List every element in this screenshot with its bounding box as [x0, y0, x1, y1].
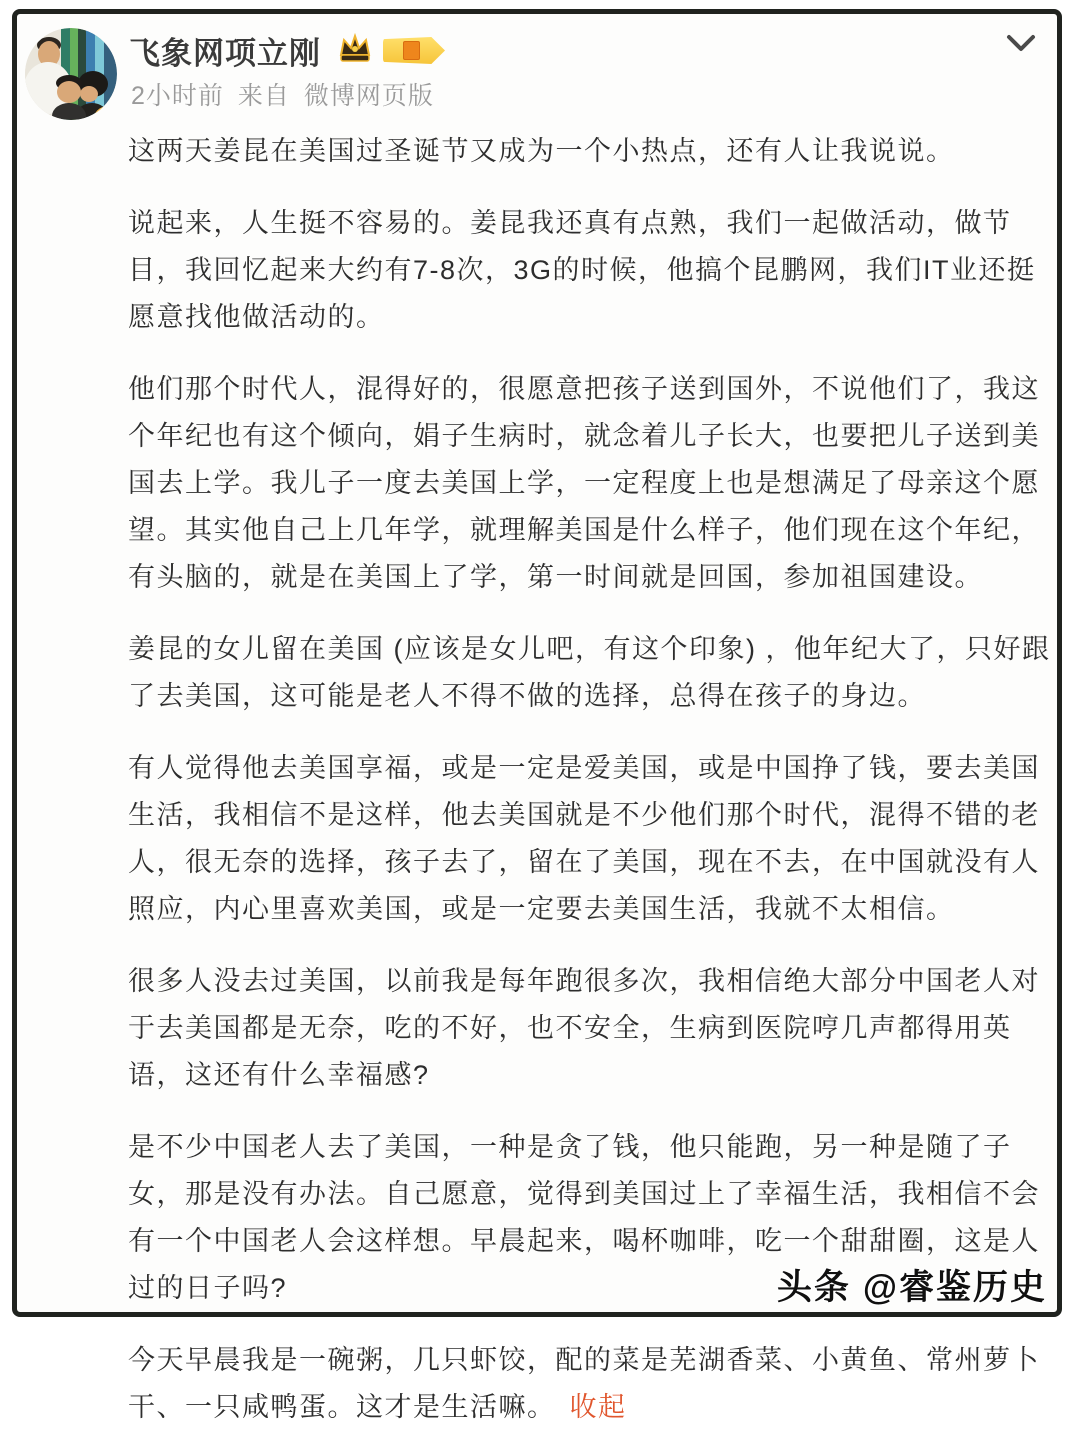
post-meta: 2小时前 来自 微博网页版	[131, 76, 434, 112]
timestamp: 2小时前	[131, 76, 224, 112]
post-paragraph: 有人觉得他去美国享福，或是一定是爱美国，或是中国挣了钱，要去美国生活，我相信不是…	[128, 745, 1052, 933]
watermark-handle: @睿鉴历史	[863, 1260, 1047, 1310]
vip-level-square	[403, 41, 420, 60]
source-prefix: 来自	[238, 76, 290, 112]
post-paragraph: 姜昆的女儿留在美国 (应该是女儿吧，有这个印象) ，他年纪大了，只好跟了去美国，…	[128, 626, 1052, 720]
post-paragraph: 这两天姜昆在美国过圣诞节又成为一个小热点，还有人让我说说。	[128, 128, 1052, 175]
watermark: 头条 @睿鉴历史	[777, 1260, 1047, 1310]
avatar[interactable]: V	[25, 28, 117, 120]
post-paragraph: 说起来，人生挺不容易的。姜昆我还真有点熟，我们一起做活动，做节目，我回忆起来大约…	[128, 200, 1052, 341]
username[interactable]: 飞象网项立刚	[129, 28, 321, 73]
verified-letter: V	[102, 111, 114, 121]
post-content: 这两天姜昆在美国过圣诞节又成为一个小热点，还有人让我说说。 说起来，人生挺不容易…	[128, 128, 1052, 1326]
vip-level-badge-icon	[383, 37, 445, 64]
chevron-down-icon[interactable]	[1001, 28, 1041, 58]
author-row: 飞象网项立刚	[129, 28, 445, 73]
post-paragraph: 很多人没去过美国，以前我是每年跑很多次，我相信绝大部分中国老人对于去美国都是无奈…	[128, 958, 1052, 1099]
post-header: V 飞象网项立刚 2小时前 来自 微博网页版	[17, 14, 1057, 114]
crown-icon	[337, 32, 373, 69]
watermark-brand: 头条	[777, 1260, 851, 1310]
weibo-post-card: V 飞象网项立刚 2小时前 来自 微博网页版	[12, 9, 1062, 1317]
post-paragraph: 他们那个时代人，混得好的，很愿意把孩子送到国外，不说他们了，我这个年纪也有这个倾…	[128, 366, 1052, 601]
source-link[interactable]: 微博网页版	[304, 76, 434, 112]
